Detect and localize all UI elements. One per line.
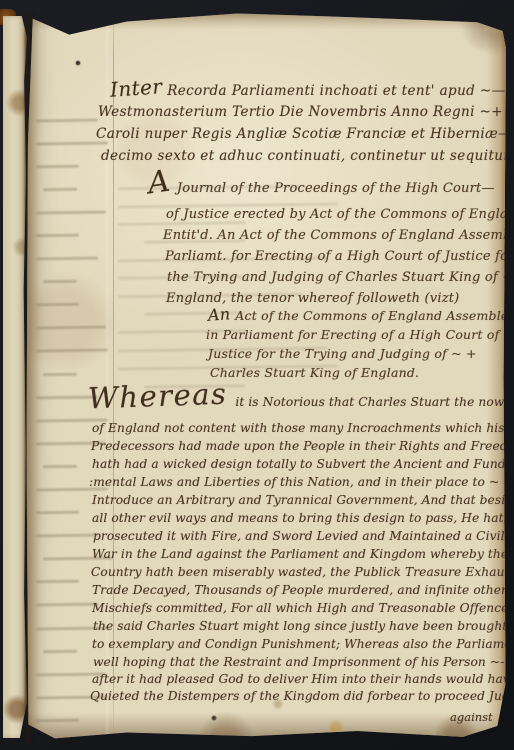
whereas-line: all other evil ways and means to bring t… (92, 511, 514, 525)
journal-preamble-line: Parliamt. for Erecting of a High Court o… (165, 249, 514, 264)
latin-heading-line: Caroli nuper Regis Angliæ Scotiæ Franciæ… (96, 126, 512, 142)
whereas-line: hath had a wicked design totally to Subv… (92, 457, 514, 471)
decorated-word-whereas: Whereas (88, 388, 228, 405)
whereas-line: Predecessors had made upon the People in… (91, 439, 514, 453)
whereas-line: Quieted the Distempers of the Kingdom di… (90, 689, 514, 703)
act-title-line: in Parliament for Erecting of a High Cou… (206, 327, 499, 342)
decorated-initial-inter: Inter (109, 74, 163, 102)
manuscript-text: Journal of the Proceedings of the High C… (177, 181, 495, 196)
latin-heading-line: decimo sexto et adhuc continuati, contin… (101, 148, 513, 164)
catchword: against (450, 710, 493, 724)
whereas-line: of England not content with those many I… (92, 421, 514, 435)
whereas-line: the said Charles Stuart might long since… (93, 619, 507, 633)
whereas-line: well hoping that the Restraint and Impri… (93, 655, 504, 669)
journal-preamble-line: England, the tenor whereof followeth (vi… (166, 291, 459, 306)
journal-preamble-line: A Journal of the Proceedings of the High… (148, 178, 495, 196)
whereas-line: War in the Land against the Parliament a… (92, 547, 508, 561)
whereas-line: Country hath been miserably wasted, the … (91, 565, 514, 579)
manuscript-text: Recorda Parliamenti inchoati et tent' ap… (167, 83, 505, 99)
latin-heading-line: Inter Recorda Parliamenti inchoati et te… (110, 76, 506, 100)
whereas-line: after it had pleased God to deliver Him … (92, 672, 514, 686)
act-title-line: Charles Stuart King of England. (210, 365, 419, 380)
whereas-line: to exemplary and Condign Punishment; Whe… (92, 637, 514, 651)
journal-preamble-line: of Justice erected by Act of the Commons… (166, 207, 514, 222)
manuscript-text: it is Notorious that Charles Stuart the … (235, 395, 514, 409)
act-title-line: An Act of the Commons of England Assembl… (208, 305, 514, 324)
manuscript-photo: Inter Recorda Parliamenti inchoati et te… (0, 0, 514, 750)
whereas-line: prosecuted it with Fire, and Sword Levie… (93, 529, 514, 543)
manuscript-text: Act of the Commons of England Assembled (235, 308, 514, 323)
whereas-line: Mischiefs committed, For all which High … (92, 601, 514, 615)
whereas-line: Whereas it is Notorious that Charles Stu… (88, 390, 514, 409)
decorated-initial-a: A (147, 177, 170, 190)
manuscript-page: Inter Recorda Parliamenti inchoati et te… (26, 12, 506, 742)
decorated-initial-an: An (207, 304, 231, 325)
act-title-line: Justice for the Trying and Judging of ~ … (208, 346, 477, 361)
latin-heading-line: Westmonasterium Tertio Die Novembris Ann… (98, 104, 503, 120)
whereas-line: Introduce an Arbitrary and Tyrannical Go… (92, 493, 514, 507)
whereas-line: :mental Laws and Liberties of this Natio… (89, 475, 514, 489)
journal-preamble-line: Entit'd. An Act of the Commons of Englan… (163, 228, 514, 243)
whereas-line: Trade Decayed, Thousands of People murde… (92, 583, 514, 597)
journal-preamble-line: the Trying and Judging of Charles Stuart… (167, 270, 513, 285)
